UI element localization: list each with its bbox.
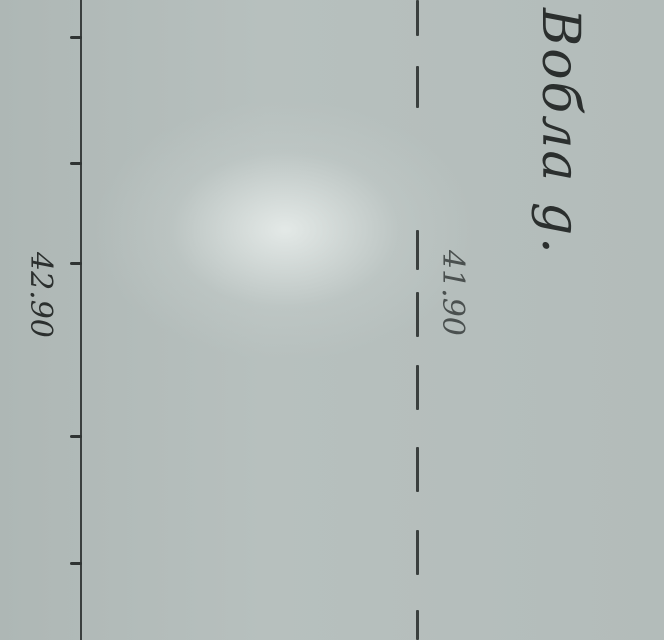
tick-mark: [70, 36, 82, 39]
dashed-cut-line: [416, 292, 419, 337]
solid-fold-line: [80, 0, 82, 640]
price-value-right: 41.90: [435, 250, 470, 336]
tick-mark: [70, 162, 82, 165]
dashed-cut-line: [416, 66, 419, 108]
dashed-cut-line: [416, 447, 419, 492]
dashed-cut-line: [416, 230, 419, 270]
tick-mark: [70, 562, 82, 565]
dashed-cut-line: [416, 610, 419, 640]
price-value-left: 42.90: [23, 252, 58, 338]
tick-mark: [70, 262, 82, 265]
handwritten-title: Вобла g.: [530, 8, 590, 256]
dashed-cut-line: [416, 365, 419, 410]
dashed-cut-line: [416, 530, 419, 575]
tick-mark: [70, 435, 82, 438]
dashed-cut-line: [416, 0, 419, 36]
